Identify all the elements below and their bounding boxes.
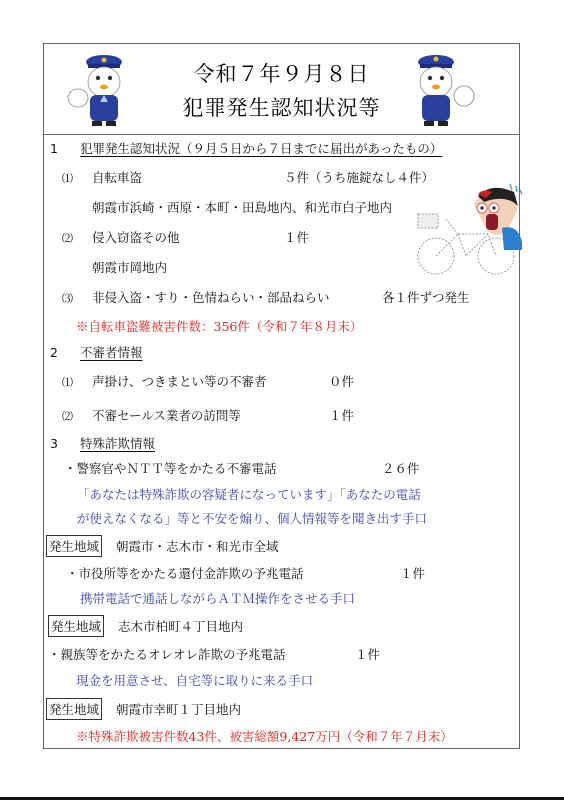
s3-item-2-area: 発生地域志木市柏町４丁目地内 — [48, 615, 243, 637]
s2-item-1: ⑴声掛け、つきまとい等の不審者 — [62, 372, 267, 390]
s1-item-1-location: 朝霞市浜崎・西原・本町・田島地内、和光市白子地内 — [92, 198, 392, 216]
s2-item-2: ⑵不審セールス業者の訪問等 — [62, 406, 241, 424]
section-3-heading: 3特殊詐欺情報 — [50, 434, 155, 452]
bicycle-theft-illustration-icon — [406, 184, 526, 279]
s3-item-2-count: １件 — [400, 564, 425, 582]
bicycle-theft-note: ※自転車盗難被害件数：356件（令和７年８月末） — [76, 317, 362, 335]
s3-item-1-method-line2: が使えなくなる」等と不安を煽り、個人情報等を聞き出す手口 — [77, 509, 427, 527]
s1-item-3: ⑶非侵入盗・すり・色情ねらい・部品ねらい — [62, 288, 330, 306]
s3-item-3-area: 発生地域朝霞市幸町１丁目地内 — [46, 698, 241, 720]
police-mascot-right-icon — [406, 50, 476, 130]
s3-item-3-method: 現金を用意させ、自宅等に取りに来る手口 — [76, 671, 313, 689]
s3-item-3-count: １件 — [355, 645, 380, 663]
s1-item-1: ⑴自転車盗 — [62, 168, 142, 186]
s3-item-1-count: ２６件 — [382, 459, 420, 477]
area-label: 発生地域 — [46, 535, 102, 557]
area-label: 発生地域 — [48, 615, 104, 637]
header: 令和７年９月８日 犯罪発生認知状況等 — [44, 44, 519, 135]
area-label: 発生地域 — [46, 698, 102, 720]
section-2-heading: 2不審者情報 — [50, 343, 143, 361]
section-1-heading: 1犯罪発生認知状況（９月５日から７日までに届出があったもの） — [50, 139, 442, 157]
fraud-damage-note: ※特殊詐欺被害件数43件、被害総額9,427万円（令和７年７月末） — [76, 727, 453, 745]
s3-item-1-label: ・警察官やＮＴＴ等をかたる不審電話 — [64, 459, 277, 477]
s3-item-3-label: ・親族等をかたるオレオレ詐欺の予兆電話 — [48, 645, 286, 663]
s1-item-2-count: １件 — [284, 228, 309, 246]
document-frame: 令和７年９月８日 犯罪発生認知状況等 1犯罪発生認知状況（９月５日から７日までに… — [43, 43, 520, 749]
s3-item-1-method-line1: 「あなたは特殊詐欺の容疑者になっています」「あなたの電話 — [77, 485, 421, 503]
s3-item-2-label: ・市役所等をかたる還付金詐欺の予兆電話 — [66, 564, 304, 582]
s2-item-2-count: １件 — [329, 406, 354, 424]
s3-item-2-method: 携帯電話で通話しながらＡＴＭ操作をさせる手口 — [80, 589, 355, 607]
s1-item-2-location: 朝霞市岡地内 — [92, 258, 167, 276]
s1-item-2: ⑵侵入窃盗その他 — [62, 228, 180, 246]
s1-item-3-count: 各１件ずつ発生 — [382, 288, 470, 306]
s2-item-1-count: ０件 — [329, 372, 354, 390]
s3-item-1-area: 発生地域朝霞市・志木市・和光市全域 — [46, 535, 279, 557]
